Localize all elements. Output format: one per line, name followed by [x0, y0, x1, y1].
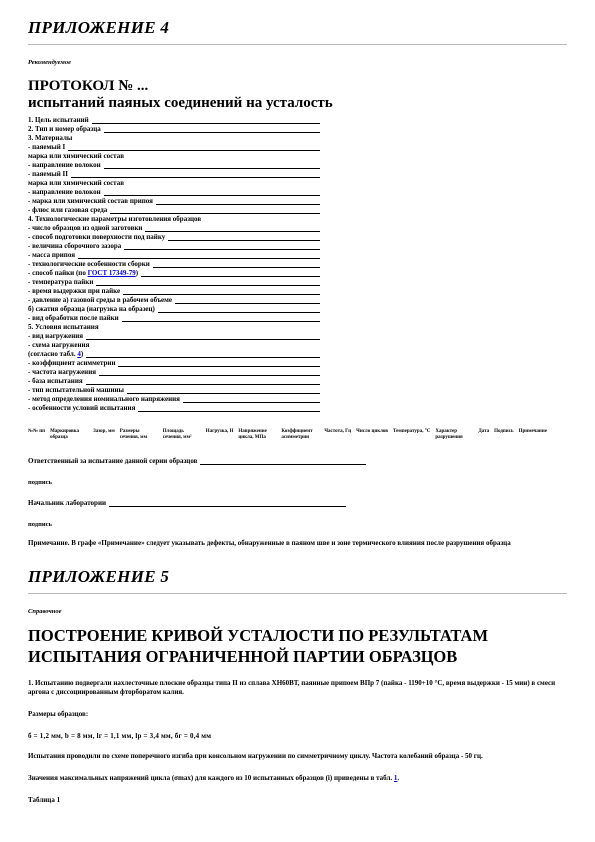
blank-underline — [71, 170, 320, 178]
form-line: - паяемый II — [28, 170, 320, 179]
form-line: - давление а) газовой среды в рабочем об… — [28, 296, 320, 305]
form-line: б) сжатия образца (нагрузка на образец) — [28, 305, 320, 314]
blank-underline — [168, 233, 320, 241]
blank-underline — [86, 332, 320, 340]
blank-underline — [104, 125, 320, 133]
blank-underline — [156, 197, 320, 205]
results-column-header: Температура, °С — [393, 429, 430, 435]
head-lab-line: Начальник лаборатории — [28, 499, 346, 508]
blank-underline — [110, 206, 320, 214]
form-line: 5. Условия испытания — [28, 323, 320, 332]
results-column-header: Маркировка образца — [50, 429, 88, 440]
blank-underline — [118, 359, 320, 367]
form-line-label: - вид обработки после пайки — [28, 314, 119, 323]
appendix5-type-label: Справочное — [28, 608, 567, 615]
form-line-label: - направление волокон — [28, 188, 101, 197]
blank-underline — [124, 242, 320, 250]
results-column-header: №№ пп — [28, 429, 45, 435]
form-line-label: - паяемый II — [28, 170, 68, 179]
blank-underline — [138, 404, 320, 412]
form-line: - направление волокон — [28, 161, 320, 170]
blank-underline — [122, 314, 320, 322]
blank-underline — [123, 287, 320, 295]
form-line: - метод определения номинального напряже… — [28, 395, 320, 404]
form-line: - особенности условий испытания — [28, 404, 320, 413]
form-line: - направление волокон — [28, 188, 320, 197]
form-line-label: - тип испытательной машины — [28, 386, 124, 395]
appendix5-paragraph-3: Значения максимальных напряжений цикла (… — [28, 774, 568, 784]
results-column-header: Площадь сечения, мм² — [163, 429, 201, 440]
specimen-sizes-label: Размеры образцов: — [28, 710, 568, 720]
results-column-header: Частота, Гц — [324, 429, 351, 435]
protocol-title: ПРОТОКОЛ № ... испытаний паяных соединен… — [28, 78, 567, 112]
form-line: марка или химический состав — [28, 179, 320, 188]
blank-underline — [158, 305, 320, 313]
form-line-label: - вид нагружения — [28, 332, 83, 341]
table1-caption: Таблица 1 — [28, 796, 567, 804]
form-line-label: 3. Материалы — [28, 134, 72, 143]
heading-divider — [28, 44, 567, 45]
form-line-label: - марка или химический состав припоя — [28, 197, 153, 206]
appendix5-title: ПОСТРОЕНИЕ КРИВОЙ УСТАЛОСТИ ПО РЕЗУЛЬТАТ… — [28, 625, 573, 667]
appendix5-paragraph-1: 1. Испытанию подвергали нахлесточные пло… — [28, 679, 568, 698]
form-line: - вид нагружения — [28, 332, 320, 341]
form-line: - способ подготовки поверхности под пайк… — [28, 233, 320, 242]
form-line: 4. Технологические параметры изготовлени… — [28, 215, 320, 224]
heading-divider — [28, 593, 567, 594]
signature-caption: подпись — [28, 521, 567, 528]
form-line: - время выдержки при пайке — [28, 287, 320, 296]
form-line-label: - время выдержки при пайке — [28, 287, 120, 296]
form-line-label: - технологические особенности сборки — [28, 260, 150, 269]
results-column-header: Подпись — [494, 429, 513, 435]
form-line-label: 4. Технологические параметры изготовлени… — [28, 215, 201, 224]
results-column-header: Характер разрушения — [435, 429, 473, 440]
form-line-label: - метод определения номинального напряже… — [28, 395, 180, 404]
blank-underline — [141, 269, 320, 277]
form-line-label: - особенности условий испытания — [28, 404, 135, 413]
blank-underline — [109, 499, 346, 507]
blank-underline — [104, 188, 320, 196]
paragraph-text: . — [397, 774, 399, 782]
blank-underline — [127, 386, 320, 394]
form-line-label: - способ подготовки поверхности под пайк… — [28, 233, 165, 242]
form-line: - масса припоя — [28, 251, 320, 260]
form-line-label: - направление волокон — [28, 161, 101, 170]
blank-underline — [99, 368, 320, 376]
blank-underline — [145, 224, 320, 232]
protocol-title-line1: ПРОТОКОЛ № ... — [28, 78, 567, 95]
form-line: (согласно табл. 4) — [28, 350, 320, 359]
blank-underline — [104, 161, 320, 169]
protocol-title-line2: испытаний паяных соединений на усталость — [28, 95, 567, 112]
results-column-header: Число циклов — [356, 429, 388, 435]
form-line: - база испытания — [28, 377, 320, 386]
blank-underline — [153, 260, 320, 268]
doc-reference-link[interactable]: 4 — [77, 350, 81, 358]
results-column-header: Размеры сечения, мм — [120, 429, 158, 440]
form-line-label: - давление а) газовой среды в рабочем об… — [28, 296, 172, 305]
form-line: 2. Тип и номер образца — [28, 125, 320, 134]
form-line-label: 5. Условия испытания — [28, 323, 99, 332]
results-column-header: Нагрузка, Н — [206, 429, 234, 435]
form-line-label: - температура пайки — [28, 278, 93, 287]
responsible-line: Ответственный за испытание данной серии … — [28, 457, 366, 466]
form-line-label: (согласно табл. 4) — [28, 350, 83, 359]
doc-reference-link[interactable]: ГОСТ 17349-79 — [88, 269, 136, 277]
form-line: - паяемый I — [28, 143, 320, 152]
blank-underline — [92, 116, 320, 124]
note-paragraph: Примечание. В графе «Примечание» следует… — [28, 539, 563, 549]
results-column-header: Дата — [478, 429, 489, 435]
form-line-label: 2. Тип и номер образца — [28, 125, 101, 134]
form-line-label: - частота нагружения — [28, 368, 96, 377]
protocol-form: 1. Цель испытаний2. Тип и номер образца3… — [28, 116, 567, 413]
form-line-label: б) сжатия образца (нагрузка на образец) — [28, 305, 155, 314]
form-line: марка или химический состав — [28, 152, 320, 161]
form-line: 3. Материалы — [28, 134, 320, 143]
form-line: - способ пайки (по ГОСТ 17349-79) — [28, 269, 320, 278]
form-line-label: марка или химический состав — [28, 179, 124, 188]
form-line: - величина сборочного зазора — [28, 242, 320, 251]
blank-underline — [86, 377, 320, 385]
appendix4-type-label: Рекомендуемое — [28, 59, 567, 66]
form-line-label: - масса припоя — [28, 251, 75, 260]
form-line: - число образцов из одной заготовки — [28, 224, 320, 233]
form-line: - коэффициент асимметрии — [28, 359, 320, 368]
form-line: - схема нагружения — [28, 341, 320, 350]
blank-underline — [96, 278, 320, 286]
form-line-label: - база испытания — [28, 377, 83, 386]
form-line-label: - коэффициент асимметрии — [28, 359, 115, 368]
results-table-header: №№ ппМаркировка образцаЗазор, ммРазмеры … — [28, 429, 567, 440]
form-line: - технологические особенности сборки — [28, 260, 320, 269]
results-column-header: Коэффициент асимметрии — [281, 429, 319, 440]
appendix5-paragraph-2: Испытания проводили по схеме поперечного… — [28, 752, 568, 762]
form-line: - частота нагружения — [28, 368, 320, 377]
form-line-label: - схема нагружения — [28, 341, 89, 350]
form-line: - вид обработки после пайки — [28, 314, 320, 323]
form-line-label: - число образцов из одной заготовки — [28, 224, 142, 233]
form-line-label: - флюс или газовая среда — [28, 206, 107, 215]
responsible-label: Ответственный за испытание данной серии … — [28, 457, 197, 466]
form-line-label: марка или химический состав — [28, 152, 124, 161]
blank-underline — [200, 457, 366, 465]
signature-caption: подпись — [28, 479, 567, 486]
head-lab-label: Начальник лаборатории — [28, 499, 106, 508]
blank-underline — [86, 350, 320, 358]
blank-underline — [175, 296, 320, 304]
form-line: - тип испытательной машины — [28, 386, 320, 395]
results-column-header: Примечание — [519, 429, 547, 435]
appendix5-heading: ПРИЛОЖЕНИЕ 5 — [28, 567, 567, 587]
form-line-label: 1. Цель испытаний — [28, 116, 89, 125]
form-line-label: - паяемый I — [28, 143, 65, 152]
form-line-label: - величина сборочного зазора — [28, 242, 121, 251]
blank-underline — [68, 143, 320, 151]
blank-underline — [78, 251, 320, 259]
specimen-sizes-formula: б = 1,2 мм, b = 8 мм, lг = 1,1 мм, lр = … — [28, 732, 567, 740]
form-line: - флюс или газовая среда — [28, 206, 320, 215]
form-line: - марка или химический состав припоя — [28, 197, 320, 206]
form-line: 1. Цель испытаний — [28, 116, 320, 125]
results-column-header: Напряжение цикла, МПа — [238, 429, 276, 440]
form-line: - температура пайки — [28, 278, 320, 287]
appendix4-heading: ПРИЛОЖЕНИЕ 4 — [28, 18, 567, 38]
paragraph-text: Значения максимальных напряжений цикла (… — [28, 774, 394, 782]
blank-underline — [183, 395, 320, 403]
form-line-label: - способ пайки (по ГОСТ 17349-79) — [28, 269, 138, 278]
results-column-header: Зазор, мм — [93, 429, 115, 435]
